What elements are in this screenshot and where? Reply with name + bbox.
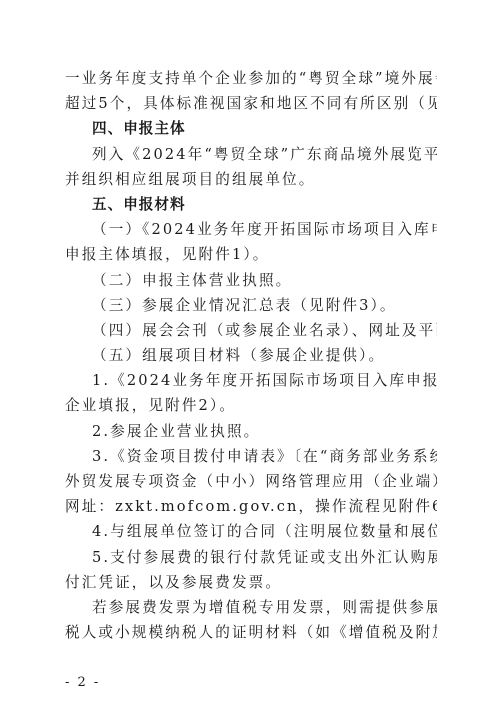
section-heading: 五、申报材料 <box>65 192 437 217</box>
text-line: 网址：zxkt.mofcom.gov.cn，操作流程见附件6〕。 <box>65 494 437 519</box>
text-line: 外贸发展专项资金（中小）网络管理应用（企业端）”下载打印， <box>65 469 437 494</box>
document-page: 一业务年度支持单个企业参加的“粤贸全球”境外展会原则上不超过5个，具体标准视国家… <box>0 0 500 707</box>
text-line: 税人或小规模纳税人的证明材料（如《增值税及附加税费申报表》 <box>65 620 437 645</box>
text-line: （二）申报主体营业执照。 <box>65 268 437 293</box>
text-line: （五）组展项目材料（参展企业提供）。 <box>65 343 437 368</box>
text-line: 列入《2024年“粤贸全球”广东商品境外展览平台列表》 <box>65 142 437 167</box>
text-line: 4.与组展单位签订的合同（注明展位数量和展位编号）。 <box>65 519 437 544</box>
text-line: 超过5个，具体标准视国家和地区不同有所区别（见附件5）。 <box>65 91 437 116</box>
text-line: 企业填报，见附件2）。 <box>65 393 437 418</box>
text-line: 3.《资金项目拨付申请表》〔在“商务部业务系统统一平台 <box>65 444 437 469</box>
document-body: 一业务年度支持单个企业参加的“粤贸全球”境外展会原则上不超过5个，具体标准视国家… <box>65 66 437 645</box>
text-line: 若参展费发票为增值税专用发票，则需提供参展企业一般纳 <box>65 595 437 620</box>
text-line: 一业务年度支持单个企业参加的“粤贸全球”境外展会原则上不 <box>65 66 437 91</box>
text-line: 付汇凭证，以及参展费发票。 <box>65 570 437 595</box>
text-line: （三）参展企业情况汇总表（见附件3）。 <box>65 293 437 318</box>
page-number: - 2 - <box>65 675 100 690</box>
text-line: （一）《2024业务年度开拓国际市场项目入库申报表》（由 <box>65 217 437 242</box>
text-line: 申报主体填报，见附件1）。 <box>65 242 437 267</box>
text-line: 1.《2024业务年度开拓国际市场项目入库申报表》（参展 <box>65 368 437 393</box>
text-line: （四）展会会刊（或参展企业名录）、网址及平面图。 <box>65 318 437 343</box>
text-line: 并组织相应组展项目的组展单位。 <box>65 167 437 192</box>
text-line: 5.支付参展费的银行付款凭证或支出外汇认购展位的银行 <box>65 545 437 570</box>
text-line: 2.参展企业营业执照。 <box>65 419 437 444</box>
section-heading: 四、申报主体 <box>65 116 437 141</box>
